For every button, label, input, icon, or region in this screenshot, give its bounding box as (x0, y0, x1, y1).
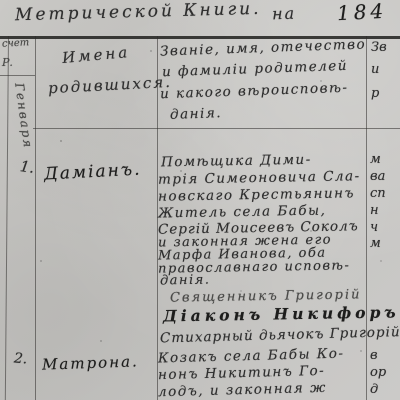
clergy-line: Діаконъ Никифоръ Ор (163, 302, 400, 326)
record-text-line: Помѣщика Дими- (161, 152, 312, 171)
illegible-fragment: сп (370, 186, 386, 201)
record-number: 2. (13, 350, 28, 367)
page-title-year: 184 (336, 0, 387, 25)
parents-col-header-line4: данія. (170, 105, 223, 123)
illegible-fragment: в (370, 348, 378, 363)
count-col-subheader-fragment: Р. (2, 56, 13, 69)
names-col-header-line1: Имена (61, 43, 131, 67)
count-col-subheader-line (0, 75, 35, 76)
table-vertical-line-count-col (35, 36, 36, 400)
illegible-fragment: м (370, 236, 381, 251)
record-number: 1. (19, 157, 36, 177)
names-col-header-line2: родившихся. (48, 73, 173, 97)
parents-col-header-line1: Званіе, имя, отечество (160, 36, 367, 59)
clergy-line: Стихарный дьячокъ Григорій В (160, 324, 400, 347)
record-name: Даміанъ. (44, 159, 142, 184)
illegible-fragment: д (370, 382, 378, 397)
page-title-preposition: на (272, 4, 297, 24)
illegible-fragment: ва (370, 169, 385, 184)
illegible-fragment: ор (370, 365, 386, 380)
table-vertical-line-parents-col (366, 36, 367, 400)
metrical-book-scan: Метрической Книги. на 184 счет Р. Генвар… (0, 0, 400, 400)
page-title: Метрической Книги. (15, 0, 262, 25)
record-text-line: данія. (160, 273, 211, 289)
illegible-fragment: м (370, 152, 381, 167)
godparents-col-header-fragment3: р (371, 86, 379, 101)
month-note: Генваря (12, 82, 35, 150)
illegible-fragment: ч (370, 220, 378, 235)
table-vertical-line-left-margin (5, 36, 9, 400)
record-name: Матрона. (42, 352, 139, 373)
parents-col-header-line2: и фамиліи родителей (162, 58, 348, 80)
count-col-header-fragment: счет (2, 37, 30, 49)
godparents-col-header-fragment2: и (371, 62, 379, 77)
illegible-fragment: н (370, 203, 379, 218)
header-bottom-line (33, 128, 400, 129)
paper-specks (60, 140, 62, 142)
godparents-col-header-fragment1: Зв (371, 40, 387, 55)
record-text-line: лодъ, и законная ж (158, 380, 327, 400)
parents-col-header-line3: и какого вѣроисповѣ- (160, 80, 349, 103)
